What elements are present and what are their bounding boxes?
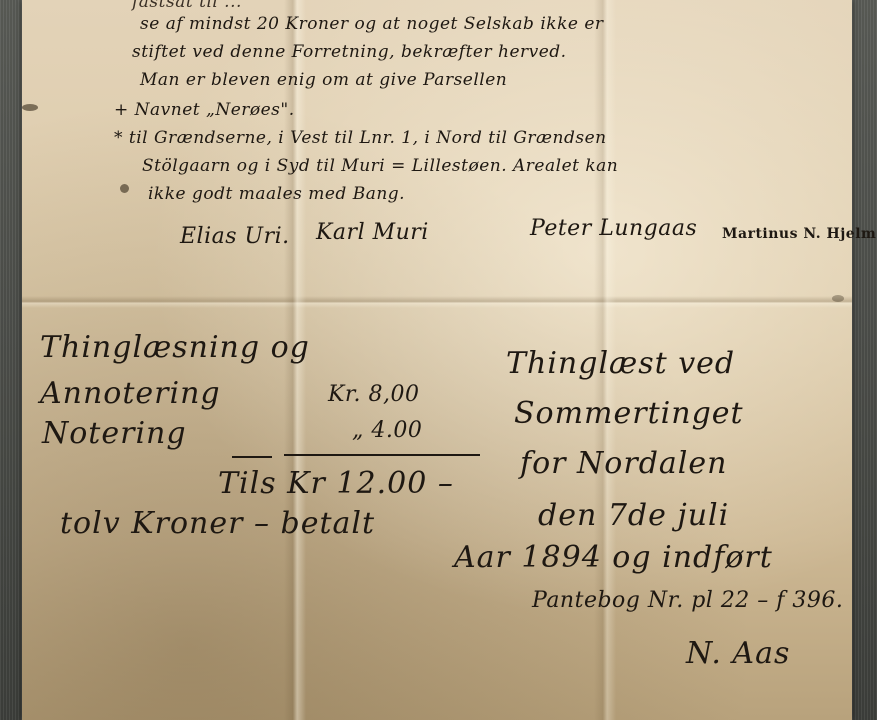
fees-underline [284, 454, 480, 456]
text-line: fastsat til ... [132, 0, 242, 12]
ink-stain [832, 295, 844, 302]
registration-line-thinglaest: Thinglæst ved [506, 346, 735, 381]
fees-underline-left [232, 456, 272, 458]
registration-line-nordalen: for Nordalen [520, 446, 727, 481]
registration-line-date: den 7de juli [538, 498, 729, 533]
signature-martinus-hjelme: Martinus N. Hjelme [722, 226, 877, 242]
fees-label-annotering: Annotering [40, 376, 221, 411]
text-line: se af mindst 20 Kroner og at noget Selsk… [140, 14, 604, 34]
document-paper: fastsat til ... se af mindst 20 Kroner o… [22, 0, 852, 720]
registration-line-sommertinget: Sommertinget [514, 396, 744, 431]
signature-peter-lungaas: Peter Lungaas [530, 216, 697, 241]
ink-stain [22, 104, 38, 111]
fees-total-words: tolv Kroner – betalt [60, 506, 375, 541]
signature-elias-uri: Elias Uri. [180, 224, 290, 249]
fees-amount-notering: „ 4.00 [352, 418, 422, 443]
registration-signature: N. Aas [686, 636, 790, 671]
registration-line-pantebog: Pantebog Nr. pl 22 – f 396. [532, 588, 843, 613]
text-line: stiftet ved denne Forretning, bekræfter … [132, 42, 567, 62]
fees-line-thinglaesning: Thinglæsning og [40, 330, 310, 365]
text-line: ikke godt maales med Bang. [148, 184, 405, 204]
text-line: Man er bleven enig om at give Parsellen [140, 70, 507, 90]
text-line: + Navnet „Nerøes". [114, 100, 295, 120]
text-line: * til Grændserne, i Vest til Lnr. 1, i N… [114, 128, 607, 148]
signature-karl-muri: Karl Muri [316, 220, 429, 245]
fees-amount-annotering: Kr. 8,00 [328, 382, 420, 407]
fees-label-notering: Notering [42, 416, 187, 451]
ink-stain [120, 184, 129, 193]
text-line: Stölgaarn og i Syd til Muri = Lillestøen… [142, 156, 618, 176]
horizontal-fold [22, 296, 852, 308]
registration-line-year: Aar 1894 og indført [454, 540, 773, 575]
fees-total: Tils Kr 12.00 – [218, 466, 454, 501]
